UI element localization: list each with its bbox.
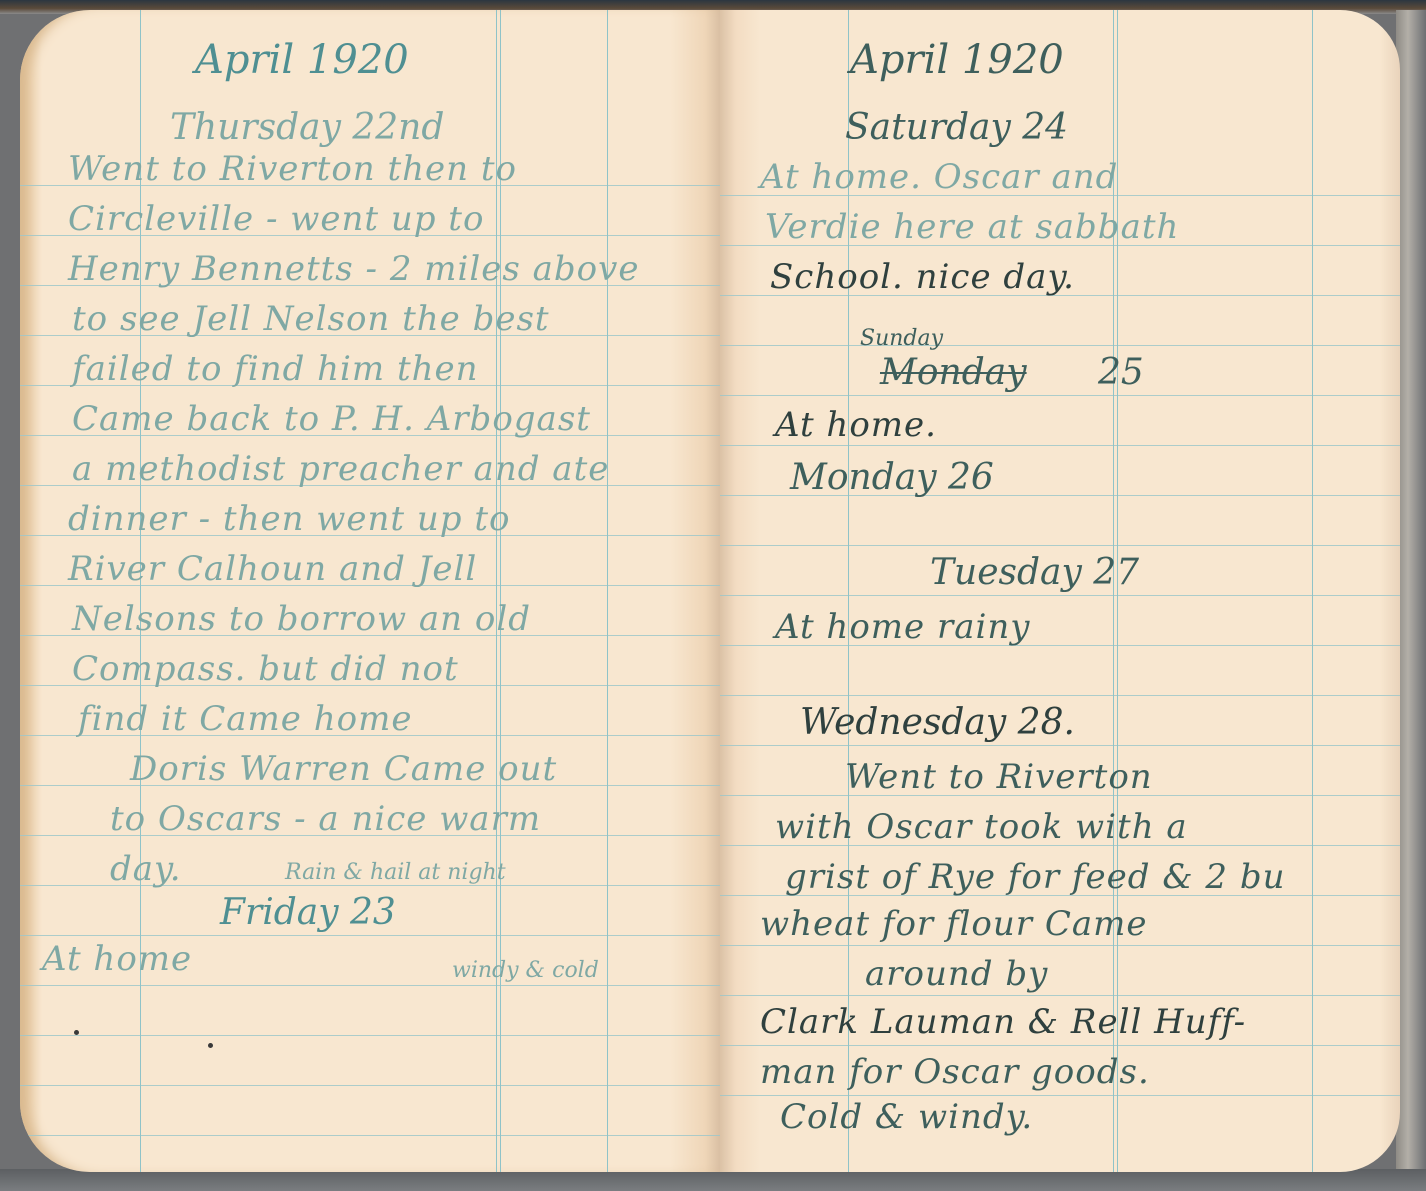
entry-line: find it Came home bbox=[78, 702, 412, 736]
entry-line: Nelsons to borrow an old bbox=[72, 602, 531, 636]
struck-day-name: Monday bbox=[880, 355, 1027, 391]
entry-line: wheat for flour Came bbox=[760, 907, 1148, 941]
entry-line: day. bbox=[110, 852, 182, 886]
entry-line: Henry Bennetts - 2 miles above bbox=[68, 252, 639, 286]
rule-line bbox=[20, 1085, 720, 1086]
entry-day-heading: Friday 23 bbox=[220, 895, 396, 931]
rule-line bbox=[20, 935, 720, 936]
inserted-day-name: Sunday bbox=[860, 328, 943, 350]
entry-line: At home bbox=[42, 942, 192, 976]
left-page: April 1920 Thursday 22nd Went to Riverto… bbox=[20, 10, 720, 1172]
entry-line: Circleville - went up to bbox=[68, 202, 484, 236]
entry-day-number: 25 bbox=[1098, 355, 1144, 391]
entry-line: dinner - then went up to bbox=[68, 502, 511, 536]
rule-line bbox=[720, 695, 1400, 696]
rule-line bbox=[720, 545, 1400, 546]
entry-line: At home. Oscar and bbox=[760, 160, 1118, 194]
weather-note: Rain & hail at night bbox=[285, 862, 506, 884]
rule-line bbox=[720, 395, 1400, 396]
column-rule bbox=[1312, 10, 1313, 1172]
notebook-cover-bottom bbox=[0, 1169, 1426, 1191]
entry-line: man for Oscar goods. bbox=[760, 1055, 1150, 1089]
notebook-cover-edge bbox=[1396, 10, 1426, 1170]
entry-line: Compass. but did not bbox=[72, 652, 459, 686]
entry-line: River Calhoun and Jell bbox=[68, 552, 477, 586]
rule-line bbox=[720, 1045, 1400, 1046]
rule-line bbox=[720, 995, 1400, 996]
rule-line bbox=[20, 985, 720, 986]
entry-day-heading: Saturday 24 bbox=[845, 110, 1068, 146]
weather-note: windy & cold bbox=[452, 960, 599, 982]
rule-line bbox=[20, 1035, 720, 1036]
entry-line: a methodist preacher and ate bbox=[72, 452, 609, 486]
right-page: April 1920 Saturday 24 At home. Oscar an… bbox=[720, 10, 1400, 1172]
entry-day-heading: Wednesday 28. bbox=[800, 705, 1075, 741]
entry-line: Cold & windy. bbox=[780, 1100, 1033, 1134]
entry-line: grist of Rye for feed & 2 bu bbox=[785, 860, 1286, 894]
entry-line: to Oscars - a nice warm bbox=[110, 802, 541, 836]
entry-line: Doris Warren Came out bbox=[130, 752, 557, 786]
entry-line: around by bbox=[865, 957, 1048, 991]
entry-line: Went to Riverton bbox=[845, 760, 1153, 794]
rule-line bbox=[720, 345, 1400, 346]
entry-day-heading: Tuesday 27 bbox=[930, 555, 1139, 591]
entry-line: Came back to P. H. Arbogast bbox=[72, 402, 591, 436]
entry-line: At home rainy bbox=[775, 610, 1030, 644]
entry-line: School. nice day. bbox=[770, 260, 1075, 294]
entry-line: Went to Riverton then to bbox=[68, 152, 517, 186]
rule-line bbox=[720, 595, 1400, 596]
entry-line: At home. bbox=[775, 408, 937, 442]
page-header-date: April 1920 bbox=[850, 40, 1064, 80]
column-rule bbox=[607, 10, 608, 1172]
rule-line bbox=[20, 1135, 720, 1136]
entry-day-heading: Thursday 22nd bbox=[170, 110, 444, 146]
rule-line bbox=[720, 945, 1400, 946]
page-header-date: April 1920 bbox=[195, 40, 409, 80]
rule-line bbox=[720, 445, 1400, 446]
entry-line: Verdie here at sabbath bbox=[765, 210, 1179, 244]
entry-line: to see Jell Nelson the best bbox=[72, 302, 550, 336]
ink-spot bbox=[208, 1043, 213, 1048]
rule-line bbox=[720, 1095, 1400, 1096]
entry-day-heading: Monday 26 bbox=[790, 460, 994, 496]
ink-spot bbox=[74, 1030, 79, 1035]
entry-line: with Oscar took with a bbox=[775, 810, 1188, 844]
entry-line: failed to find him then bbox=[72, 352, 479, 386]
rule-line bbox=[720, 745, 1400, 746]
entry-line: Clark Lauman & Rell Huff- bbox=[760, 1005, 1246, 1039]
